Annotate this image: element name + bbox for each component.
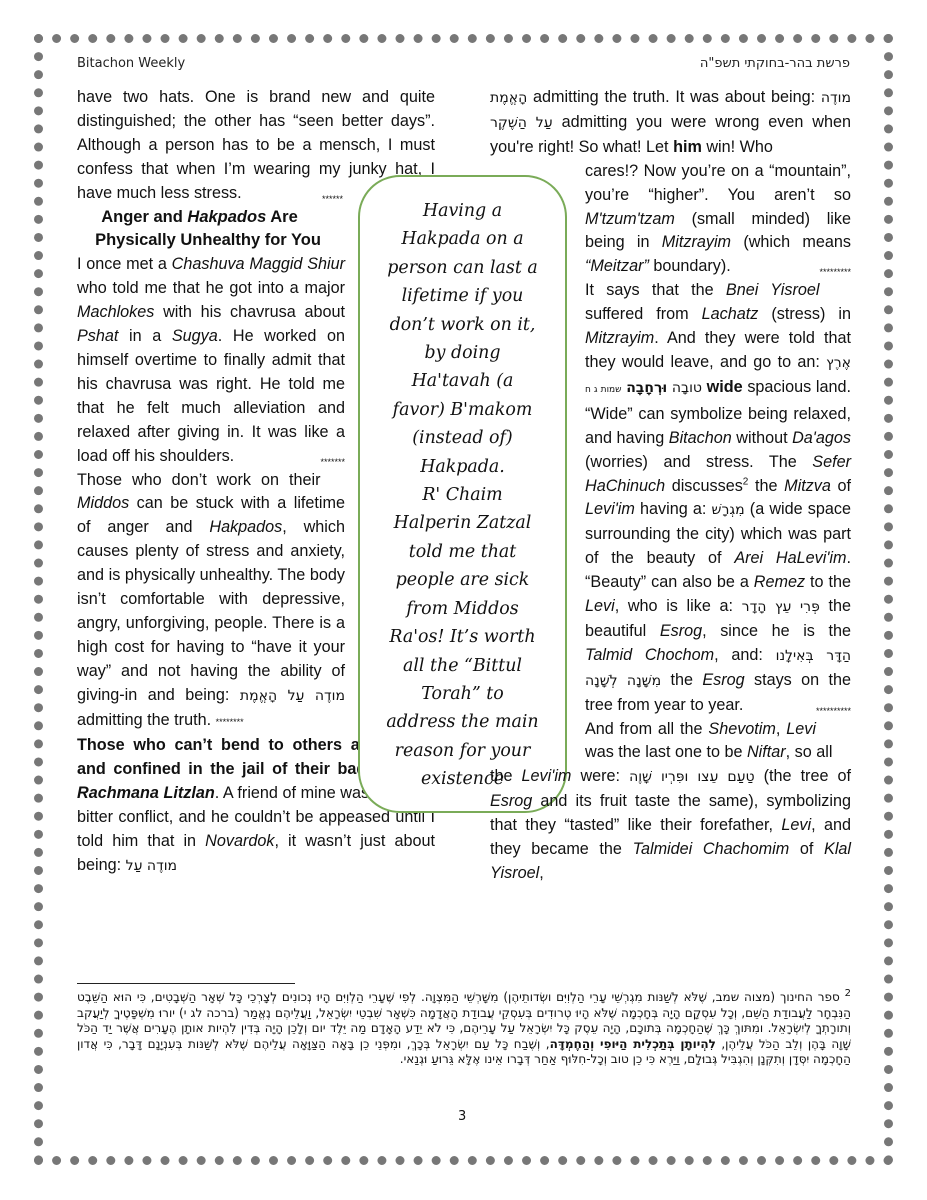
paragraph-wide-land: It says that the Bnei Yisroel suffered f… bbox=[585, 279, 851, 717]
section-divider-stars: ********** bbox=[816, 700, 851, 724]
paragraph-middos: Those who don’t work on their Middos can… bbox=[77, 469, 345, 735]
paragraph-shevotim: And from all the Shevotim, Levi was the … bbox=[585, 718, 851, 766]
section-divider-stars: ****** bbox=[322, 188, 343, 212]
section-divider-stars: ********* bbox=[819, 261, 851, 285]
publication-title: Bitachon Weekly bbox=[77, 56, 185, 71]
footnote: 2 ספר החינוך (מצוה שמב, שֶׁלֹּא לְשַׁנּו… bbox=[77, 990, 851, 1068]
hebrew-phrase: מודֶה עַל הָאֱמֶת bbox=[240, 688, 345, 704]
section-divider-stars: ******* bbox=[320, 451, 345, 475]
hebrew-phrase: מִגְרָשׁ bbox=[712, 502, 745, 518]
section-divider-stars: ******** bbox=[216, 717, 244, 727]
hebrew-phrase: פְּרִי עֵץ הָדָר bbox=[742, 599, 820, 615]
paragraph-mountain: cares!? Now you’re on a “mountain”, you’… bbox=[585, 160, 851, 280]
hebrew-phrase: מודֶה עַל bbox=[126, 858, 177, 874]
hebrew-phrase: טַעַם עֵצו ופִּרְיו שָׁוֶה bbox=[629, 769, 755, 785]
page-header: Bitachon Weekly פרשת בהר-בחוקתי תשפ"ה bbox=[77, 56, 850, 76]
footnote-marker: 2 bbox=[845, 988, 851, 999]
paragraph-esrog-tree: the Levi'im were: טַעַם עֵצו ופִּרְיו שָ… bbox=[490, 765, 851, 886]
footnote-separator bbox=[77, 983, 295, 984]
parsha-title: פרשת בהר-בחוקתי תשפ"ה bbox=[700, 56, 850, 71]
right-column: הָאֱמֶת admitting the truth. It was abou… bbox=[490, 86, 851, 886]
paragraph-truth: הָאֱמֶת admitting the truth. It was abou… bbox=[490, 86, 851, 160]
page-number: 3 bbox=[458, 1109, 466, 1124]
paragraph-maggid-shiur: I once met a Chashuva Maggid Shiur who t… bbox=[77, 253, 345, 468]
hebrew-phrase: הָאֱמֶת bbox=[490, 90, 527, 106]
section-heading: Anger and Hakpados Are Physically Unheal… bbox=[77, 206, 339, 254]
